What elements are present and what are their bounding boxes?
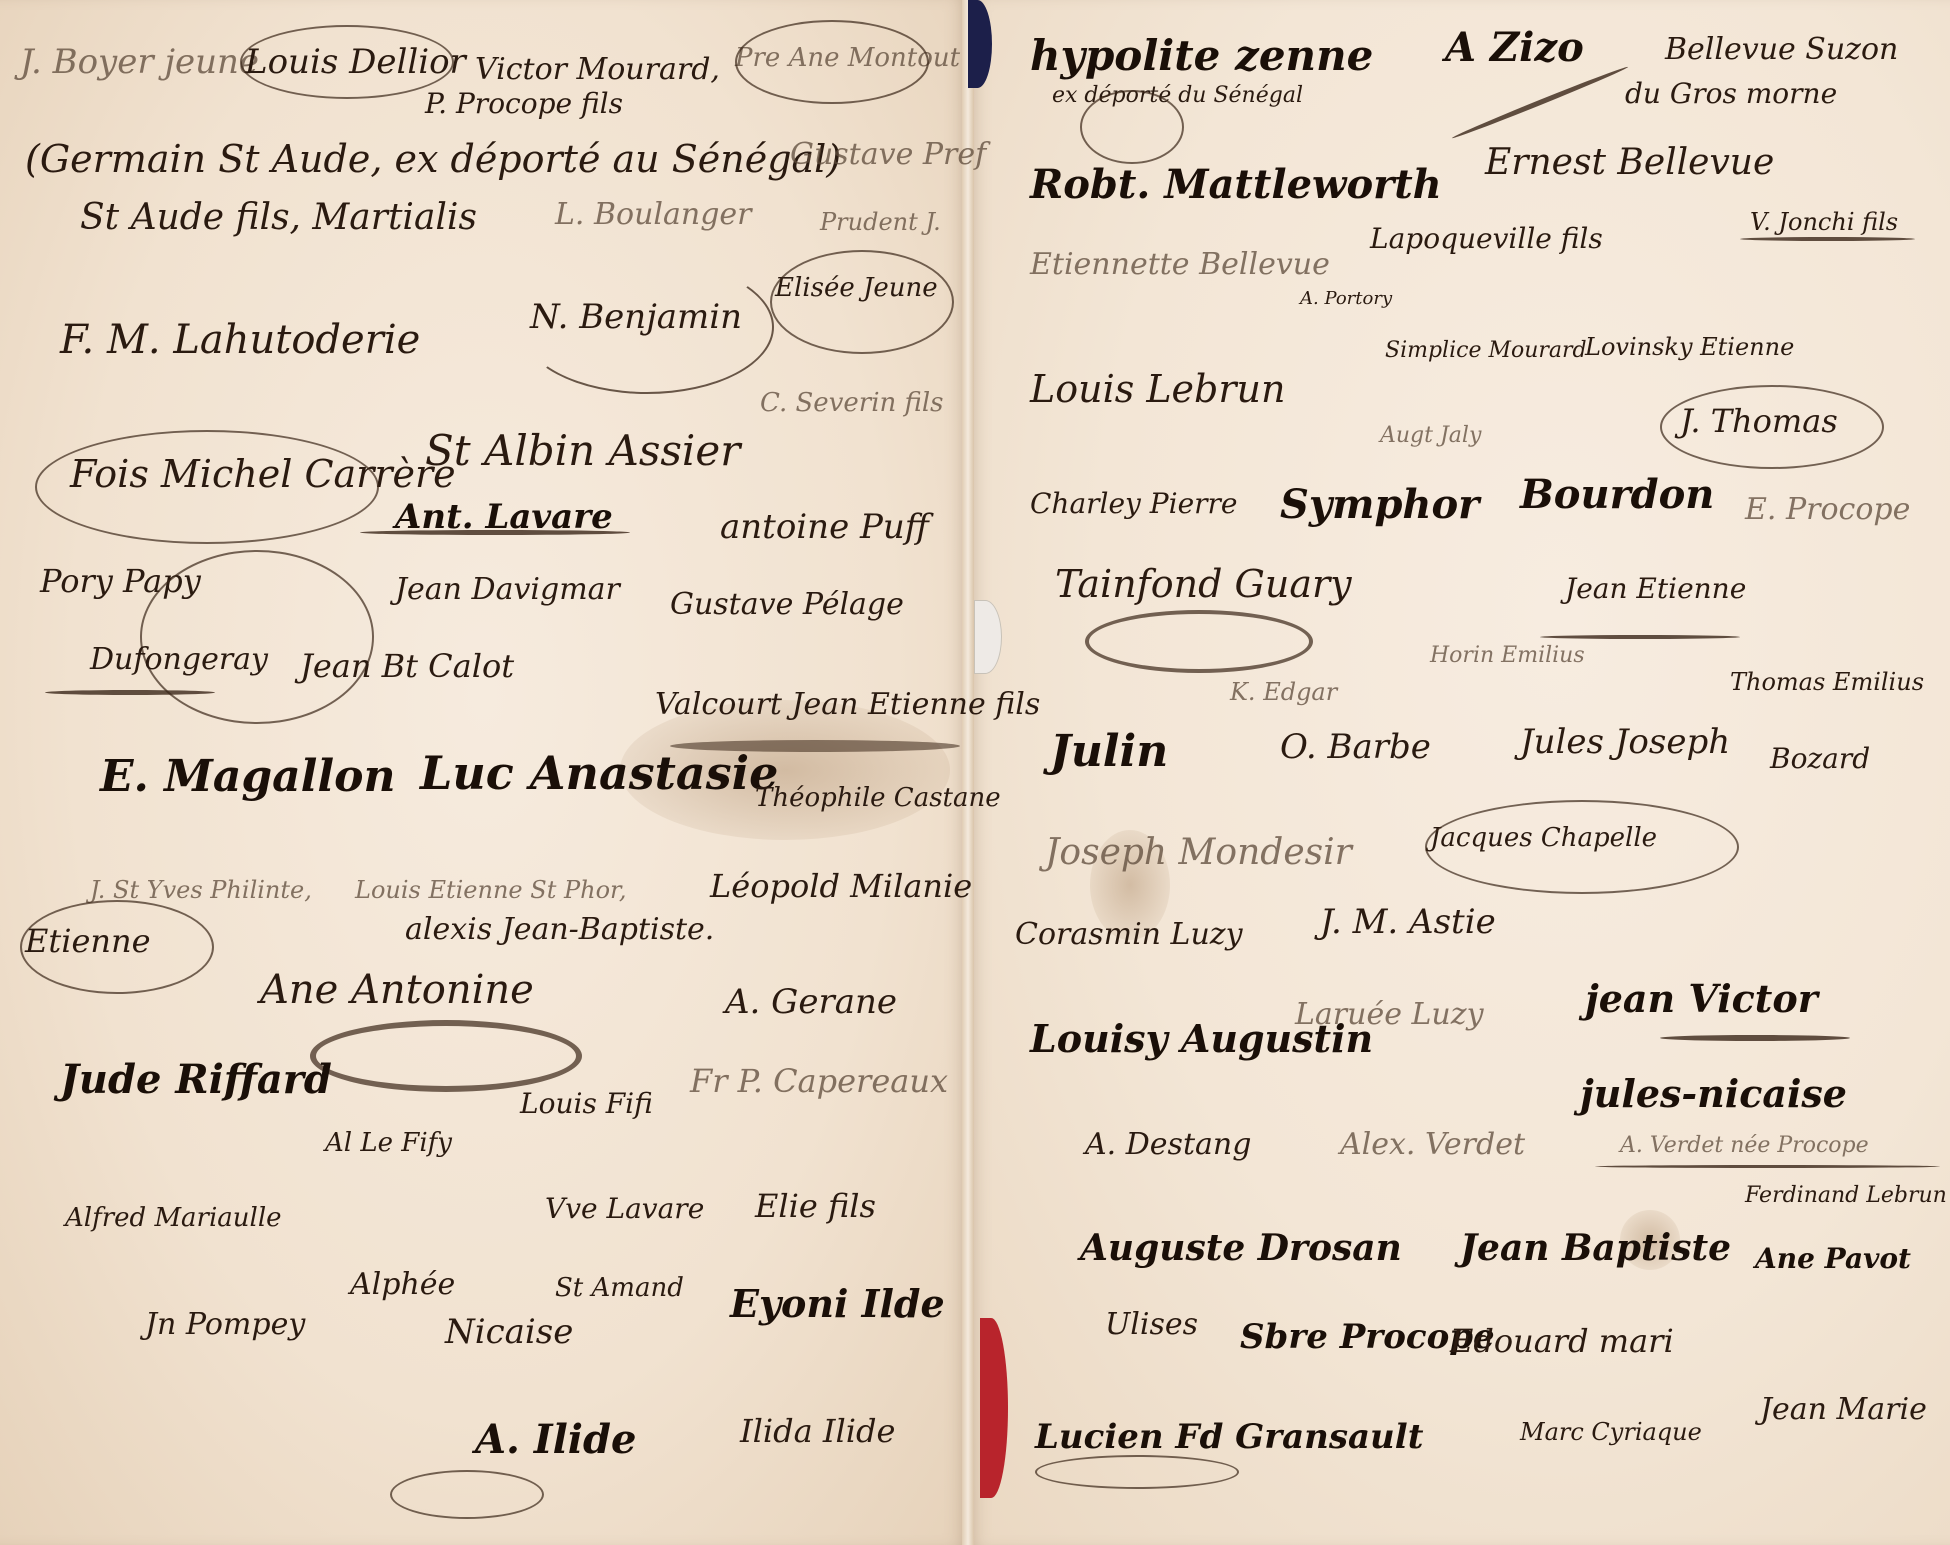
signature: Lucien Fd Gransault <box>1035 1420 1423 1454</box>
flourish <box>20 900 214 994</box>
signature: Vve Lavare <box>545 1195 704 1223</box>
signature: Fr P. Capereaux <box>690 1065 948 1097</box>
signature: St Aude fils, Martialis <box>80 200 477 236</box>
signature: hypolite zenne <box>1030 35 1373 77</box>
signature: J. M. Astie <box>1320 905 1496 939</box>
book-spread: J. Boyer jeune Louis Dellior Victor Mour… <box>0 0 1950 1545</box>
signature: Ilida Ilide <box>740 1415 895 1447</box>
signature: E. Magallon <box>100 755 395 799</box>
signature: O. Barbe <box>1280 730 1431 764</box>
signature: Thomas Emilius <box>1730 670 1924 694</box>
signature: A. Ilide <box>475 1420 636 1460</box>
signature: Victor Mourard, <box>475 55 720 85</box>
signature: Bourdon <box>1520 475 1714 515</box>
signature: Al Le Fify <box>325 1130 452 1156</box>
signature: Luc Anastasie <box>420 750 778 796</box>
signature: A. Gerane <box>725 985 897 1019</box>
signature: Corasmin Luzy <box>1015 920 1243 950</box>
signature: Bozard <box>1770 745 1870 773</box>
signature: antoine Puff <box>720 510 929 544</box>
signature: Jules Joseph <box>1520 725 1730 759</box>
signature: A. Verdet née Procope <box>1620 1135 1869 1157</box>
signature: Ernest Bellevue <box>1485 145 1774 181</box>
signature: Horin Emilius <box>1430 645 1585 667</box>
flourish <box>310 1020 582 1092</box>
signature: Alex. Verdet <box>1340 1130 1525 1160</box>
signature: du Gros morne <box>1625 80 1837 108</box>
signature: Prudent J. <box>820 210 941 234</box>
signature: Louis Lebrun <box>1030 370 1285 408</box>
signature: Etiennette Bellevue <box>1030 250 1330 280</box>
signature: F. M. Lahutoderie <box>60 320 420 360</box>
signature: J. Boyer jeune <box>20 45 259 79</box>
signature: A. Portory <box>1300 290 1392 308</box>
signature: Lovinsky Etienne <box>1585 335 1794 359</box>
underline-stroke <box>1660 1035 1850 1041</box>
underline-stroke <box>360 530 630 535</box>
signature: V. Jonchi fils <box>1750 210 1898 234</box>
flourish <box>520 260 774 394</box>
signature: Dufongeray <box>90 645 268 675</box>
signature: Lapoqueville fils <box>1370 225 1603 253</box>
signature: jean Victor <box>1585 980 1818 1018</box>
signature: Ferdinand Lebrun <box>1745 1185 1947 1207</box>
flourish <box>1035 1455 1239 1489</box>
flourish <box>1085 610 1313 673</box>
flourish <box>390 1470 544 1519</box>
flourish <box>1660 385 1884 469</box>
book-gutter <box>962 0 974 1545</box>
signature: K. Edgar <box>1230 680 1337 704</box>
signature: Gustave Pélage <box>670 590 904 620</box>
underline-stroke <box>1540 635 1740 639</box>
underline-stroke <box>1595 1165 1940 1168</box>
flourish <box>140 550 374 724</box>
signature: Ulises <box>1105 1310 1198 1340</box>
signature: jules-nicaise <box>1580 1075 1847 1113</box>
signature: Gustave Pref <box>790 140 986 170</box>
signature: Elie fils <box>755 1190 876 1222</box>
flourish <box>770 250 954 354</box>
signature: A. Destang <box>1085 1130 1251 1160</box>
signature: Louis Etienne St Phor, <box>355 878 627 902</box>
signature: (Germain St Aude, ex déporté au Sénégal) <box>25 140 841 178</box>
signature: Auguste Drosan <box>1080 1230 1402 1266</box>
signature: Ane Antonine <box>260 970 534 1010</box>
flourish <box>1080 90 1184 164</box>
signature: Augt Jaly <box>1380 425 1481 447</box>
signature: Jean Marie <box>1760 1395 1927 1425</box>
underline-stroke <box>1740 237 1915 241</box>
signature: Alfred Mariaulle <box>65 1205 282 1231</box>
signature: Edouard mari <box>1450 1325 1674 1357</box>
signature: Louisy Augustin <box>1030 1020 1373 1058</box>
signature: Simplice Mourard <box>1385 340 1587 362</box>
signature: Louis Fifi <box>520 1090 653 1118</box>
signature: Jn Pompey <box>145 1310 305 1340</box>
signature: L. Boulanger <box>555 200 752 230</box>
signature: Théophile Castane <box>755 785 1001 811</box>
ink-smear <box>670 740 960 752</box>
signature: Symphor <box>1280 485 1479 525</box>
signature: C. Severin fils <box>760 390 944 416</box>
signature: Julin <box>1050 730 1168 774</box>
signature: Léopold Milanie <box>710 870 972 902</box>
signature: Jean Etienne <box>1565 575 1746 603</box>
signature: St Amand <box>555 1275 684 1301</box>
signature: Alphée <box>350 1270 455 1300</box>
signature: Ane Pavot <box>1755 1245 1911 1273</box>
flourish <box>1425 800 1739 894</box>
flourish <box>735 20 929 104</box>
signature: alexis Jean-Baptiste. <box>405 915 714 945</box>
signature: Valcourt Jean Etienne fils <box>655 690 1040 720</box>
signature: Tainfond Guary <box>1055 565 1352 603</box>
underline-stroke <box>45 690 215 695</box>
signature: Nicaise <box>445 1315 573 1349</box>
signature: E. Procope <box>1745 495 1910 525</box>
flourish <box>35 430 379 544</box>
signature: P. Procope fils <box>425 90 623 118</box>
signature: Jean Bt Calot <box>300 650 514 682</box>
signature: J. St Yves Philinte, <box>90 878 312 902</box>
signature: St Albin Assier <box>425 430 740 472</box>
signature: Jean Davigmar <box>395 575 620 605</box>
flourish <box>240 25 454 99</box>
signature: Joseph Mondesir <box>1045 835 1352 871</box>
signature: Marc Cyriaque <box>1520 1420 1702 1444</box>
signature: Eyoni Ilde <box>730 1285 945 1323</box>
signature: Jean Baptiste <box>1460 1230 1731 1266</box>
signature: Robt. Mattleworth <box>1030 165 1442 205</box>
signature: A Zizo <box>1445 28 1584 68</box>
signature: Bellevue Suzon <box>1665 35 1898 65</box>
signature: Charley Pierre <box>1030 490 1237 518</box>
signature: Jude Riffard <box>60 1060 332 1100</box>
signature: Ant. Lavare <box>395 500 613 534</box>
